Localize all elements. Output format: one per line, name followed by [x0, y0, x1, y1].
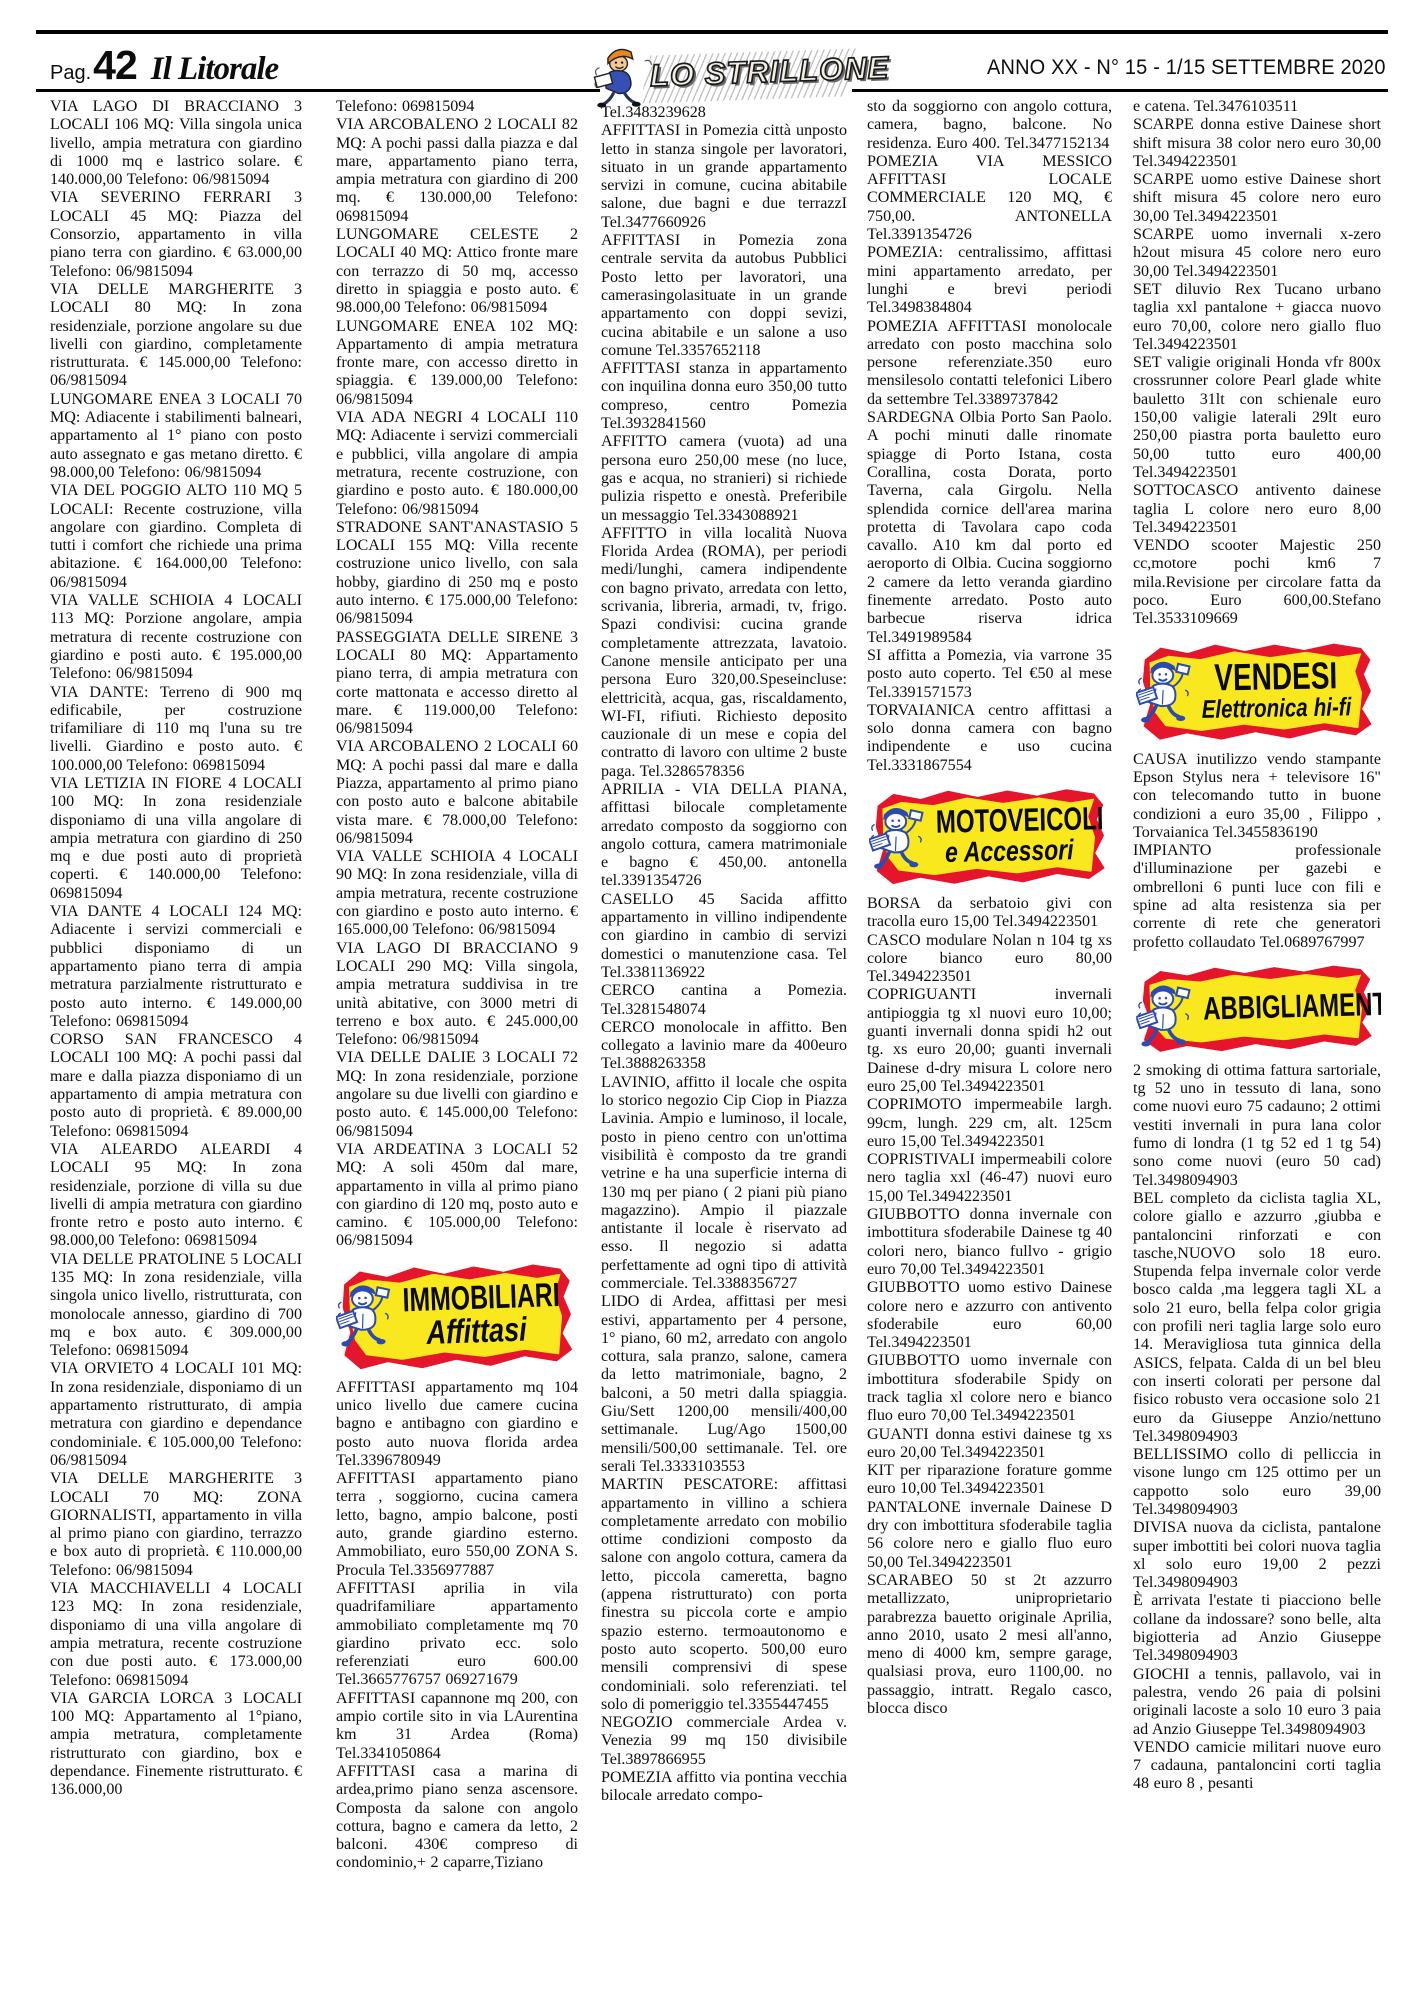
classified-ad: SCARPE uomo invernali x-zero h2out misur…: [1133, 226, 1381, 281]
classified-ad: SCARABEO 50 st 2t azzurro metallizzato, …: [867, 1572, 1112, 1718]
column-4: sto da soggiorno con angolo cottura, cam…: [867, 98, 1112, 1940]
classified-ad: CERCO cantina a Pomezia. Tel.3281548074: [601, 982, 847, 1019]
classified-ad: AFFITTASI casa a marina di ardea,primo p…: [336, 1763, 578, 1873]
header-rule-right: [852, 89, 1388, 92]
classified-ad: VIA ADA NEGRI 4 LOCALI 110 MQ: Adiacente…: [336, 409, 578, 519]
classified-ad: GIOCHI a tennis, pallavolo, vai in pales…: [1133, 1666, 1381, 1739]
classified-ad: VIA LAGO DI BRACCIANO 3 LOCALI 106 MQ: V…: [50, 98, 302, 189]
classified-ad: VIA DANTE 4 LOCALI 124 MQ: Adiacente i s…: [50, 903, 302, 1031]
classified-ad: SET valigie originali Honda vfr 800x cro…: [1133, 354, 1381, 482]
classified-ad: e catena. Tel.3476103511: [1133, 98, 1381, 116]
classified-ad: COPRISTIVALI impermeabili colore nero ta…: [867, 1151, 1112, 1206]
classified-ad: SET diluvio Rex Tucano urbano taglia xxl…: [1133, 281, 1381, 354]
banner-title: ABBIGLIAMENTO: [1203, 989, 1349, 1026]
classified-ad: VIA MACCHIAVELLI 4 LOCALI 123 MQ: In zon…: [50, 1580, 302, 1690]
classified-ad: È arrivata l'estate ti piacciono belle c…: [1133, 1592, 1381, 1665]
classified-ad: CASCO modulare Nolan n 104 tg xs colore …: [867, 932, 1112, 987]
section-banner-immobiliari: IMMOBILIARI Affittasi: [341, 1260, 572, 1372]
page-label: Pag.: [50, 62, 91, 85]
classified-ad: APRILIA - VIA DELLA PIANA, affittasi bil…: [601, 781, 847, 891]
classified-ad: SCARPE uomo estive Dainese short shift m…: [1133, 171, 1381, 226]
classified-ad: GIUBBOTTO donna invernale con imbottitur…: [867, 1206, 1112, 1279]
classified-ad: VIA DANTE: Terreno di 900 mq edificabile…: [50, 684, 302, 775]
newsboy-running-icon: [592, 40, 654, 110]
classified-ad: GIUBBOTTO uomo estivo Dainese colore ner…: [867, 1279, 1112, 1352]
classified-ad: VIA SEVERINO FERRARI 3 LOCALI 45 MQ: Pia…: [50, 189, 302, 280]
classified-ad: sto da soggiorno con angolo cottura, cam…: [867, 98, 1112, 153]
classified-ad: VENDO scooter Majestic 250 cc,motore poc…: [1133, 537, 1381, 628]
classified-ad: VIA ORVIETO 4 LOCALI 101 MQ: In zona res…: [50, 1360, 302, 1470]
classified-ad: VIA ALEARDO ALEARDI 4 LOCALI 95 MQ: In z…: [50, 1141, 302, 1251]
classified-ad: POMEZIA affitto via pontina vecchia bilo…: [601, 1769, 847, 1806]
classified-ad: COPRIMOTO impermeabile largh. 99cm, lung…: [867, 1096, 1112, 1151]
classified-ad: VIA VALLE SCHIOIA 4 LOCALI 90 MQ: In zon…: [336, 848, 578, 939]
banner-subtitle: Affittasi: [401, 1311, 551, 1351]
classified-ad: BEL completo da ciclista taglia XL, colo…: [1133, 1190, 1381, 1446]
classified-ad: SCARPE donna estive Dainese short shift …: [1133, 116, 1381, 171]
classified-ad: AFFITTO in villa località Nuova Florida …: [601, 525, 847, 781]
classified-ad: NEGOZIO commerciale Ardea v. Venezia 99 …: [601, 1714, 847, 1769]
classified-ad: VIA LETIZIA IN FIORE 4 LOCALI 100 MQ: In…: [50, 775, 302, 903]
classified-ad: AFFITTASI capannone mq 200, con ampio co…: [336, 1690, 578, 1763]
classified-ad: AFFITTASI appartamento mq 104 unico live…: [336, 1379, 578, 1470]
classified-ad: POMEZIA VIA MESSICO AFFITTASI LOCALE COM…: [867, 153, 1112, 244]
header-rule-left: [36, 89, 600, 92]
classified-ad: CERCO monolocale in affitto. Ben collega…: [601, 1019, 847, 1074]
classified-ad: PASSEGGIATA DELLE SIRENE 3 LOCALI 80 MQ:…: [336, 629, 578, 739]
issue-info: ANNO XX - N° 15 - 1/15 SETTEMBRE 2020: [987, 56, 1386, 80]
classified-ad: AFFITTASI stanza in appartamento con inq…: [601, 360, 847, 433]
classified-ad: DIVISA nuova da ciclista, pantalone supe…: [1133, 1519, 1381, 1592]
classified-ad: POMEZIA AFFITTASI monolocale arredato co…: [867, 318, 1112, 409]
classified-ad: SARDEGNA Olbia Porto San Paolo. A pochi …: [867, 409, 1112, 647]
classified-ad: VIA DELLE MARGHERITE 3 LOCALI 70 MQ: ZON…: [50, 1470, 302, 1580]
classified-ad: KIT per riparazione forature gomme euro …: [867, 1462, 1112, 1499]
classified-ad: VIA ARCOBALENO 2 LOCALI 60 MQ: A pochi p…: [336, 738, 578, 848]
classified-ad: Telefono: 069815094: [336, 98, 578, 116]
classified-ad: COPRIGUANTI invernali antipioggia tg xl …: [867, 986, 1112, 1096]
logo-title: LO STRILLONE: [649, 50, 889, 94]
newspaper-page: { "header": { "page_label": "Pag.", "pag…: [0, 0, 1420, 2000]
section-banner-vendesi: VENDESI Elettronica hi-fi: [1142, 640, 1372, 742]
banner-text: MOTOVEICOLI e Accessori: [917, 804, 1100, 868]
classified-ad: LIDO di Ardea, affittasi per mesi estivi…: [601, 1293, 847, 1476]
classified-ad: VIA DELLE PRATOLINE 5 LOCALI 135 MQ: In …: [50, 1251, 302, 1361]
banner-text: ABBIGLIAMENTO: [1185, 989, 1368, 1025]
column-2: Telefono: 069815094VIA ARCOBALENO 2 LOCA…: [336, 98, 578, 1940]
newspaper-name: Il Litorale: [151, 51, 278, 88]
section-banner-abbigliamento: ABBIGLIAMENTO: [1142, 962, 1372, 1054]
classified-ad: POMEZIA: centralissimo, affittasi mini a…: [867, 244, 1112, 317]
section-banner-motoveicoli: MOTOVEICOLI e Accessori: [875, 786, 1105, 887]
classified-ad: MARTIN PESCATORE: affittasi appartamento…: [601, 1476, 847, 1714]
classified-ad: GUANTI donna estivi dainese tg xs euro 2…: [867, 1426, 1112, 1463]
banner-text: VENDESI Elettronica hi-fi: [1184, 657, 1367, 723]
top-rule: [36, 30, 1388, 34]
classified-ad: CORSO SAN FRANCESCO 4 LOCALI 100 MQ: A p…: [50, 1031, 302, 1141]
classified-ad: PANTALONE invernale Dainese D dry con im…: [867, 1499, 1112, 1572]
classified-ad: AFFITTASI in Pomezia città unposto letto…: [601, 122, 847, 232]
column-3: Tel.3483239628AFFITTASI in Pomezia città…: [601, 104, 847, 1940]
classified-ad: VIA ARCOBALENO 2 LOCALI 82 MQ: A pochi p…: [336, 116, 578, 226]
classified-ad: STRADONE SANT'ANASTASIO 5 LOCALI 155 MQ:…: [336, 519, 578, 629]
classified-ad: 2 smoking di ottima fattura sartoriale, …: [1133, 1062, 1381, 1190]
classified-ad: CASELLO 45 Sacida affitto appartamento i…: [601, 891, 847, 982]
classified-ad: AFFITTO camera (vuota) ad una persona eu…: [601, 433, 847, 524]
classified-ad: VIA LAGO DI BRACCIANO 9 LOCALI 290 MQ: V…: [336, 940, 578, 1050]
classified-ad: AFFITTASI aprilia in vila quadrifamiliar…: [336, 1580, 578, 1690]
classified-ad: VIA DEL POGGIO ALTO 110 MQ 5 LOCALI: Rec…: [50, 482, 302, 592]
classified-ad: VENDO camicie militari nuove euro 7 cada…: [1133, 1739, 1381, 1794]
banner-subtitle: e Accessori: [934, 835, 1084, 868]
classified-ad: Tel.3483239628: [601, 104, 847, 122]
masthead-logo: LO STRILLONE: [594, 38, 858, 112]
classified-ad: VIA ARDEATINA 3 LOCALI 52 MQ: A soli 450…: [336, 1141, 578, 1251]
classified-ad: VIA DELLE MARGHERITE 3 LOCALI 80 MQ: In …: [50, 281, 302, 391]
banner-subtitle: Elettronica hi-fi: [1201, 694, 1351, 723]
classified-ad: BORSA da serbatoio givi con tracolla eur…: [867, 895, 1112, 932]
classified-ad: TORVAIANICA centro affittasi a solo donn…: [867, 702, 1112, 775]
classified-ad: LAVINIO, affitto il locale che ospita lo…: [601, 1074, 847, 1294]
classified-ad: BELLISSIMO collo di pelliccia in visone …: [1133, 1446, 1381, 1519]
page-number: 42: [93, 42, 137, 89]
banner-title: VENDESI: [1203, 656, 1349, 698]
classified-ad: LUNGOMARE CELESTE 2 LOCALI 40 MQ: Attico…: [336, 226, 578, 317]
banner-text: IMMOBILIARI Affittasi: [384, 1279, 568, 1352]
classified-ad: AFFITTASI in Pomezia zona centrale servi…: [601, 232, 847, 360]
classified-ad: VIA DELLE DALIE 3 LOCALI 72 MQ: In zona …: [336, 1049, 578, 1140]
column-1: VIA LAGO DI BRACCIANO 3 LOCALI 106 MQ: V…: [50, 98, 302, 1940]
column-5: e catena. Tel.3476103511SCARPE donna est…: [1133, 98, 1381, 1940]
classified-ad: SI affitta a Pomezia, via varrone 35 pos…: [867, 647, 1112, 702]
classified-ad: IMPIANTO professionale d'illuminazione p…: [1133, 842, 1381, 952]
classified-ad: SOTTOCASCO antivento dainese taglia L co…: [1133, 482, 1381, 537]
classified-ad: VIA VALLE SCHIOIA 4 LOCALI 113 MQ: Porzi…: [50, 592, 302, 683]
classified-ad: CAUSA inutilizzo vendo stampante Epson S…: [1133, 751, 1381, 842]
classified-ad: LUNGOMARE ENEA 102 MQ: Appartamento di a…: [336, 318, 578, 409]
classified-ad: LUNGOMARE ENEA 3 LOCALI 70 MQ: Adiacente…: [50, 391, 302, 482]
page-info: Pag. 42 Il Litorale: [50, 42, 278, 89]
classified-ad: GIUBBOTTO uomo invernale con imbottitura…: [867, 1352, 1112, 1425]
classified-ad: AFFITTASI appartamento piano terra , sog…: [336, 1470, 578, 1580]
classified-ad: VIA GARCIA LORCA 3 LOCALI 100 MQ: Appart…: [50, 1690, 302, 1800]
